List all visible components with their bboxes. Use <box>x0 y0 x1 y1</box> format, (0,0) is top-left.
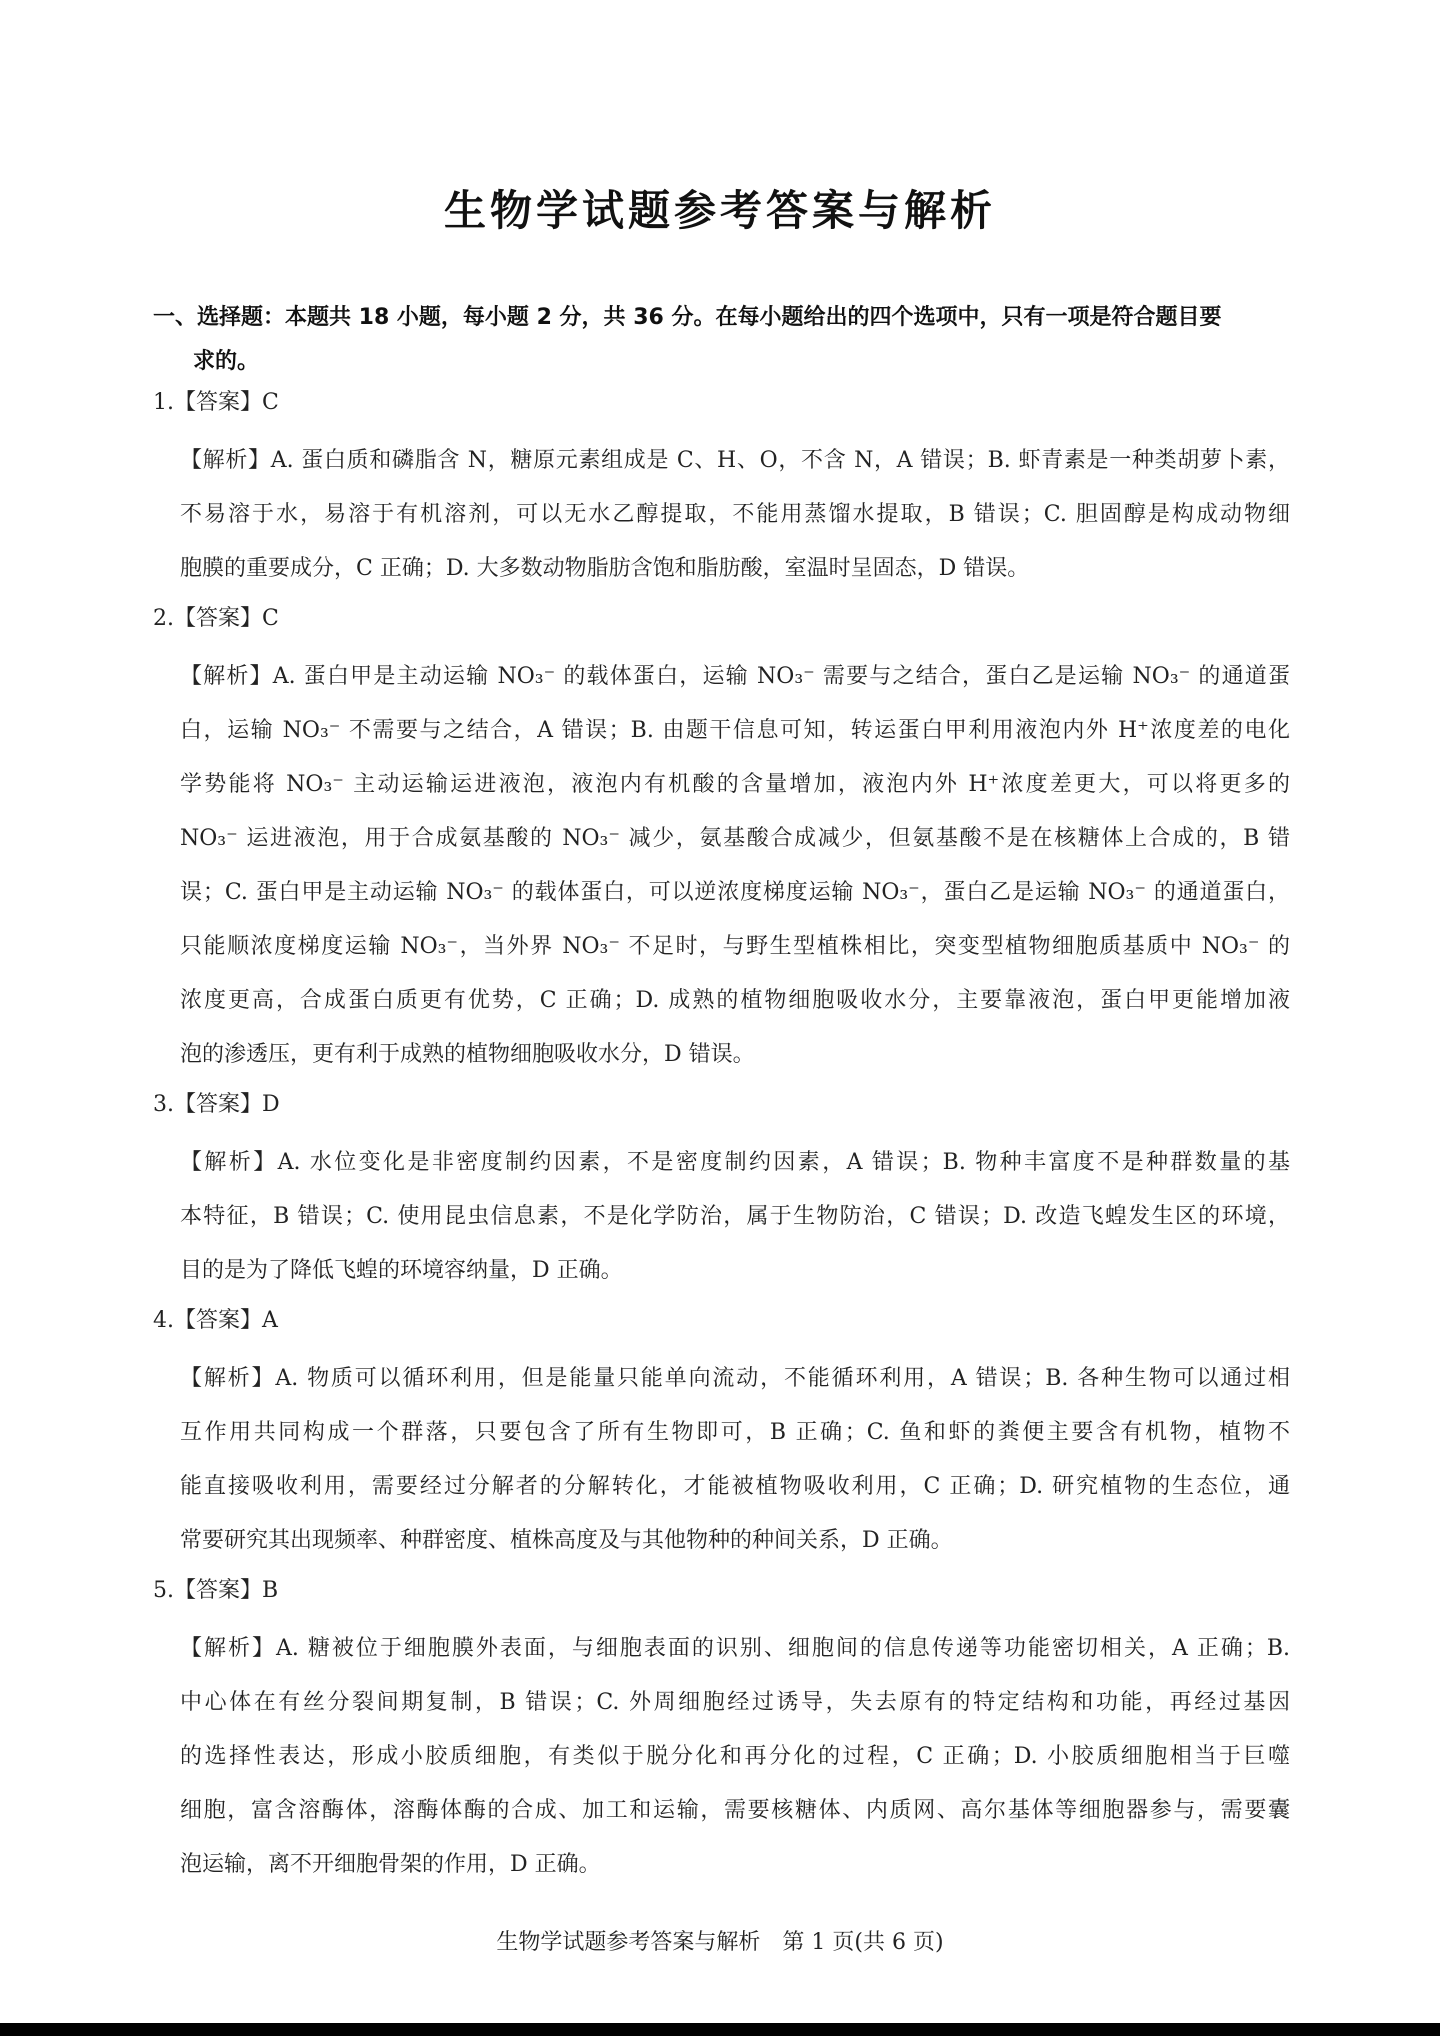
explanation: 【解析】A. 蛋白质和磷脂含 N，糖原元素组成是 C、H、O，不含 N，A 错误… <box>153 434 1290 596</box>
explanation-line: 误；C. 蛋白甲是主动运输 NO₃⁻ 的载体蛋白，可以逆浓度梯度运输 NO₃⁻，… <box>180 866 1290 920</box>
question-item: 5.【答案】B【解析】A. 糖被位于细胞膜外表面，与细胞表面的识别、细胞间的信息… <box>153 1568 1293 1892</box>
explanation-line: 【解析】A. 物质可以循环利用，但是能量只能单向流动，不能循环利用，A 错误；B… <box>180 1352 1290 1406</box>
explanation-line: 常要研究其出现频率、种群密度、植株高度及与其他物种的种间关系，D 正确。 <box>180 1514 1290 1568</box>
section-heading-line2: 求的。 <box>153 340 1293 384</box>
explanation-line: 胞膜的重要成分，C 正确；D. 大多数动物脂肪含饱和脂肪酸，室温时呈固态，D 错… <box>180 542 1290 596</box>
explanation-line: 泡运输，离不开细胞骨架的作用，D 正确。 <box>180 1838 1290 1892</box>
explanation-line: 只能顺浓度梯度运输 NO₃⁻，当外界 NO₃⁻ 不足时，与野生型植株相比，突变型… <box>180 920 1290 974</box>
explanation-line: 的选择性表达，形成小胶质细胞，有类似于脱分化和再分化的过程，C 正确；D. 小胶… <box>180 1730 1290 1784</box>
answer-label: 1.【答案】C <box>153 380 1293 434</box>
explanation-line: 泡的渗透压，更有利于成熟的植物细胞吸收水分，D 错误。 <box>180 1028 1290 1082</box>
explanation-line: 浓度更高，合成蛋白质更有优势，C 正确；D. 成熟的植物细胞吸收水分，主要靠液泡… <box>180 974 1290 1028</box>
document-page: 生物学试题参考答案与解析 一、选择题：本题共 18 小题，每小题 2 分，共 3… <box>0 0 1440 2023</box>
page-footer: 生物学试题参考答案与解析 第 1 页(共 6 页) <box>0 1925 1440 1956</box>
explanation: 【解析】A. 水位变化是非密度制约因素，不是密度制约因素，A 错误；B. 物种丰… <box>153 1136 1290 1298</box>
answer-label: 3.【答案】D <box>153 1082 1293 1136</box>
section-heading: 一、选择题：本题共 18 小题，每小题 2 分，共 36 分。在每小题给出的四个… <box>153 296 1293 384</box>
question-item: 2.【答案】C【解析】A. 蛋白甲是主动运输 NO₃⁻ 的载体蛋白，运输 NO₃… <box>153 596 1293 1082</box>
question-item: 1.【答案】C【解析】A. 蛋白质和磷脂含 N，糖原元素组成是 C、H、O，不含… <box>153 380 1293 596</box>
answer-label: 4.【答案】A <box>153 1298 1293 1352</box>
question-list: 1.【答案】C【解析】A. 蛋白质和磷脂含 N，糖原元素组成是 C、H、O，不含… <box>153 380 1293 1892</box>
answer-label: 2.【答案】C <box>153 596 1293 650</box>
explanation-line: 【解析】A. 糖被位于细胞膜外表面，与细胞表面的识别、细胞间的信息传递等功能密切… <box>180 1622 1290 1676</box>
question-item: 4.【答案】A【解析】A. 物质可以循环利用，但是能量只能单向流动，不能循环利用… <box>153 1298 1293 1568</box>
section-heading-line1: 一、选择题：本题共 18 小题，每小题 2 分，共 36 分。在每小题给出的四个… <box>153 296 1222 340</box>
explanation-line: NO₃⁻ 运进液泡，用于合成氨基酸的 NO₃⁻ 减少，氨基酸合成减少，但氨基酸不… <box>180 812 1290 866</box>
explanation: 【解析】A. 蛋白甲是主动运输 NO₃⁻ 的载体蛋白，运输 NO₃⁻ 需要与之结… <box>153 650 1290 1082</box>
explanation-line: 细胞，富含溶酶体，溶酶体酶的合成、加工和运输，需要核糖体、内质网、高尔基体等细胞… <box>180 1784 1290 1838</box>
bottom-bar <box>0 2023 1440 2036</box>
explanation-line: 学势能将 NO₃⁻ 主动运输运进液泡，液泡内有机酸的含量增加，液泡内外 H⁺浓度… <box>180 758 1290 812</box>
explanation: 【解析】A. 物质可以循环利用，但是能量只能单向流动，不能循环利用，A 错误；B… <box>153 1352 1290 1568</box>
explanation-line: 能直接吸收利用，需要经过分解者的分解转化，才能被植物吸收利用，C 正确；D. 研… <box>180 1460 1290 1514</box>
explanation-line: 白，运输 NO₃⁻ 不需要与之结合，A 错误；B. 由题干信息可知，转运蛋白甲利… <box>180 704 1290 758</box>
explanation-line: 【解析】A. 蛋白甲是主动运输 NO₃⁻ 的载体蛋白，运输 NO₃⁻ 需要与之结… <box>180 650 1290 704</box>
explanation-line: 本特征，B 错误；C. 使用昆虫信息素，不是化学防治，属于生物防治，C 错误；D… <box>180 1190 1290 1244</box>
explanation-line: 【解析】A. 蛋白质和磷脂含 N，糖原元素组成是 C、H、O，不含 N，A 错误… <box>180 434 1290 488</box>
explanation-line: 不易溶于水，易溶于有机溶剂，可以无水乙醇提取，不能用蒸馏水提取，B 错误；C. … <box>180 488 1290 542</box>
explanation-line: 目的是为了降低飞蝗的环境容纳量，D 正确。 <box>180 1244 1290 1298</box>
explanation-line: 【解析】A. 水位变化是非密度制约因素，不是密度制约因素，A 错误；B. 物种丰… <box>180 1136 1290 1190</box>
explanation-line: 互作用共同构成一个群落，只要包含了所有生物即可，B 正确；C. 鱼和虾的粪便主要… <box>180 1406 1290 1460</box>
explanation: 【解析】A. 糖被位于细胞膜外表面，与细胞表面的识别、细胞间的信息传递等功能密切… <box>153 1622 1290 1892</box>
answer-label: 5.【答案】B <box>153 1568 1293 1622</box>
explanation-line: 中心体在有丝分裂间期复制，B 错误；C. 外周细胞经过诱导，失去原有的特定结构和… <box>180 1676 1290 1730</box>
question-item: 3.【答案】D【解析】A. 水位变化是非密度制约因素，不是密度制约因素，A 错误… <box>153 1082 1293 1298</box>
page-title: 生物学试题参考答案与解析 <box>0 178 1440 238</box>
